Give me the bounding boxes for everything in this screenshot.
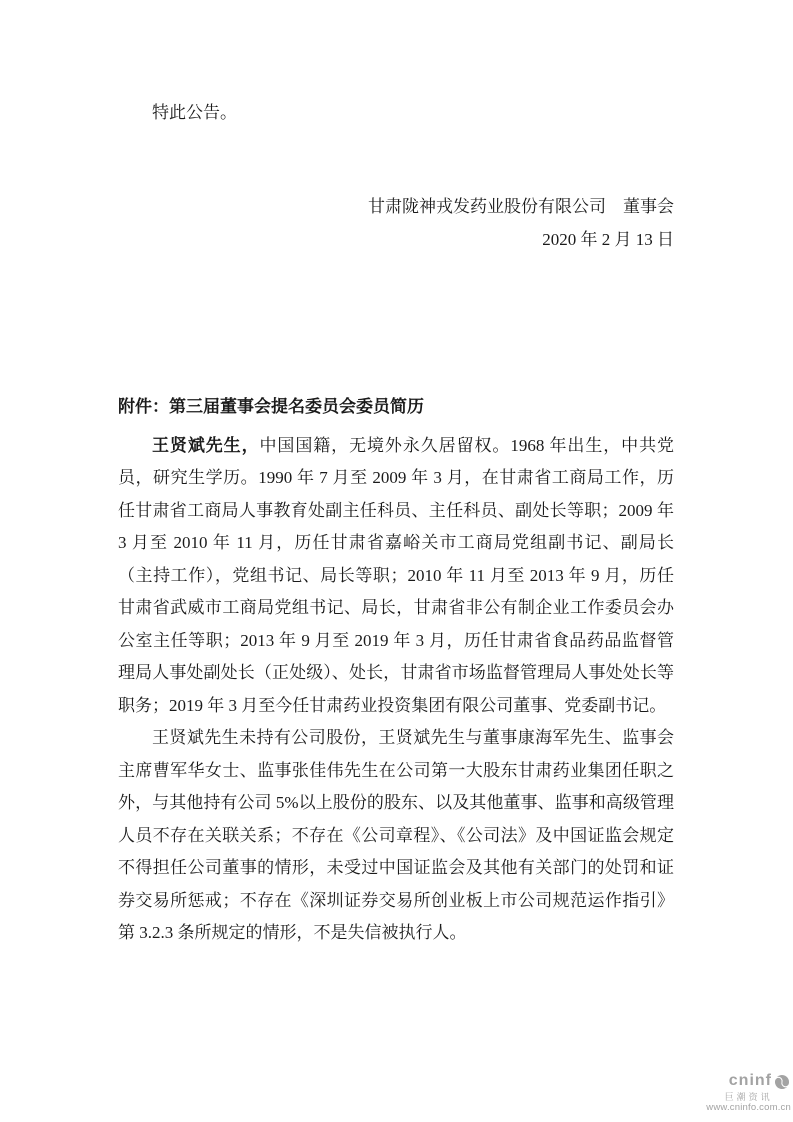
company-name: 甘肃陇神戎发药业股份有限公司 董事会 <box>118 191 674 224</box>
cninfo-logo-row: cninf <box>729 1072 791 1090</box>
cninfo-url: www.cninfo.com.cn <box>706 1103 791 1114</box>
bio-paragraph: 王贤斌先生，中国国籍，无境外永久居留权。1968 年出生，中共党员，研究生学历。… <box>118 430 674 723</box>
attachment-section: 附件：第三届董事会提名委员会委员简历 王贤斌先生，中国国籍，无境外永久居留权。1… <box>118 391 674 950</box>
signature-block: 甘肃陇神戎发药业股份有限公司 董事会 2020 年 2 月 13 日 <box>118 191 674 256</box>
cninfo-logo: cninf 巨潮资讯 www.cninfo.com.cn <box>706 1072 791 1114</box>
swirl-icon <box>773 1073 791 1091</box>
cninfo-chinese-name: 巨潮资讯 <box>725 1092 773 1102</box>
disclosure-paragraph: 王贤斌先生未持有公司股份，王贤斌先生与董事康海军先生、监事会主席曹军华女士、监事… <box>118 722 674 950</box>
closing-statement: 特此公告。 <box>118 97 674 130</box>
bio-text: 中国国籍，无境外永久居留权。1968 年出生，中共党员，研究生学历。1990 年… <box>118 436 674 715</box>
person-name: 王贤斌先生， <box>152 436 260 455</box>
cninfo-wordmark: cninf <box>729 1072 772 1090</box>
attachment-heading: 附件：第三届董事会提名委员会委员简历 <box>118 391 674 424</box>
document-page: 特此公告。 甘肃陇神戎发药业股份有限公司 董事会 2020 年 2 月 13 日… <box>0 0 793 1122</box>
signature-date: 2020 年 2 月 13 日 <box>118 224 674 257</box>
